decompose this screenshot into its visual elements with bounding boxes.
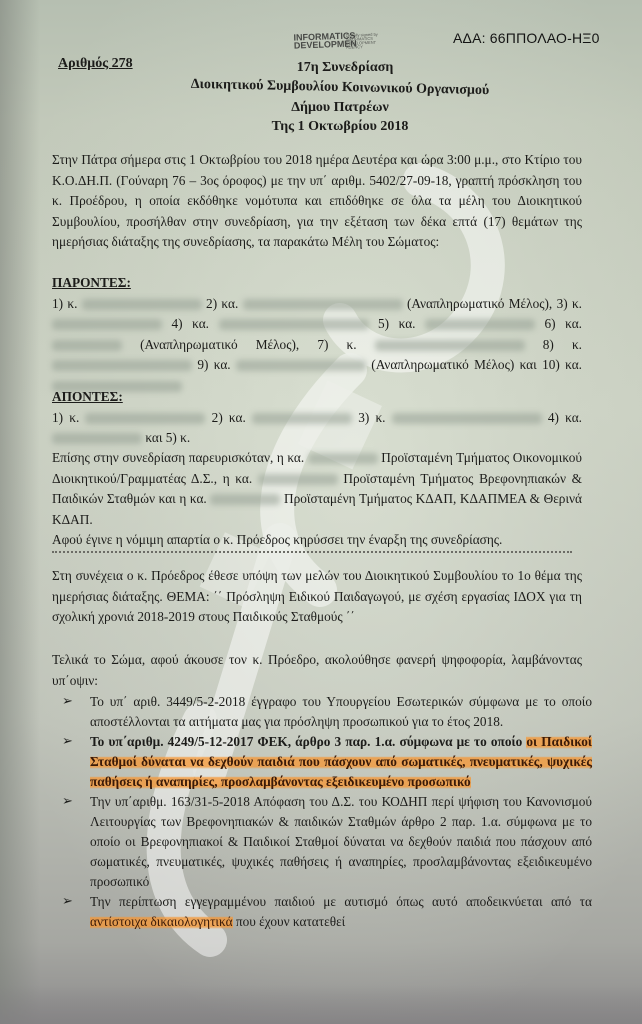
present-member-2: 2) κα. xyxy=(206,296,238,311)
substitute-note: (Αναπληρωματικό Μέλος), xyxy=(140,337,299,352)
redacted-name xyxy=(219,319,369,330)
dotted-divider xyxy=(52,551,572,553)
arrow-bullet-icon: ➢ xyxy=(62,692,73,712)
meeting-date: Της 1 Οκτωβρίου 2018 xyxy=(150,119,530,135)
present-member-1: 1) κ. xyxy=(52,296,77,311)
present-member-5: 5) κα. xyxy=(378,316,415,331)
consideration-text: Την περίπτωση εγγεγραμμένου παιδιού με α… xyxy=(90,894,592,909)
present-member-6: 6) κα. xyxy=(545,316,582,331)
redacted-name xyxy=(425,319,535,330)
absent-heading: ΑΠΟΝΤΕΣ: xyxy=(52,387,582,408)
absent-member-5: και 5) κ. xyxy=(145,430,190,445)
redacted-name xyxy=(375,340,525,351)
arrow-bullet-icon: ➢ xyxy=(62,732,73,752)
consideration-text: Το υπ΄ αριθ. 3449/5-2-2018 έγγραφο του Υ… xyxy=(90,694,592,729)
redacted-name xyxy=(236,360,366,371)
consideration-item: ➢ Την περίπτωση εγγεγραμμένου παιδιού με… xyxy=(62,892,592,932)
decision-number: Αριθμός 278 xyxy=(58,56,133,72)
board-title: Διοικητικού Συμβουλίου Κοινωνικού Οργανι… xyxy=(150,76,530,100)
redacted-name xyxy=(308,453,378,464)
municipality-title: Δήμου Πατρέων xyxy=(150,100,530,116)
stamp-fine-print: Digitally signed by INFORMATICS DEVELOPM… xyxy=(345,32,391,50)
absent-member-2: 2) κα. xyxy=(212,410,246,425)
redacted-name xyxy=(252,413,352,424)
redacted-name xyxy=(52,360,192,371)
subject-lead: Στη συνέχεια ο κ. Πρόεδρος έθεσε υπόψη τ… xyxy=(52,568,514,583)
substitute-note: (Αναπληρωματικό Μέλος), xyxy=(407,296,552,311)
absent-member-1: 1) κ. xyxy=(52,410,79,425)
page-shadow xyxy=(0,0,40,1024)
also-present-paragraph: Επίσης στην συνεδρίαση παρευρισκόταν, η … xyxy=(52,448,582,530)
absent-member-4: 4) κα. xyxy=(548,410,582,425)
also-present-text: Επίσης στην συνεδρίαση παρευρισκόταν, η … xyxy=(52,450,304,465)
highlighted-text: αντίστοιχα δικαιολογητικά xyxy=(90,914,233,929)
session-title: 17η Συνεδρίαση xyxy=(285,60,405,76)
redacted-name xyxy=(392,413,542,424)
arrow-bullet-icon: ➢ xyxy=(62,892,73,912)
present-member-7: 7) κ. xyxy=(317,337,356,352)
ada-code: ΑΔΑ: 66ΠΠΟΛΑΟ-ΗΞ0 xyxy=(453,30,600,46)
redacted-name xyxy=(258,474,338,485)
present-member-4: 4) κα. xyxy=(172,316,209,331)
redacted-name xyxy=(52,319,162,330)
document-page: ΑΔΑ: 66ΠΠΟΛΑΟ-ΗΞ0 INFORMATICS DEVELOPMEN… xyxy=(0,0,642,1024)
redacted-name xyxy=(52,340,122,351)
subject-paragraph: Στη συνέχεια ο κ. Πρόεδρος έθεσε υπόψη τ… xyxy=(52,566,582,628)
present-member-3: 3) κ. xyxy=(557,296,582,311)
present-member-9: 9) κα. xyxy=(197,357,230,372)
consideration-item: ➢ Το υπ΄αριθμ. 4249/5-12-2017 ΦΕΚ, άρθρο… xyxy=(62,732,592,792)
intro-paragraph: Στην Πάτρα σήμερα στις 1 Οκτωβρίου του 2… xyxy=(52,150,582,253)
consideration-item: ➢ Το υπ΄ αριθ. 3449/5-2-2018 έγγραφο του… xyxy=(62,692,592,732)
absent-member-3: 3) κ. xyxy=(358,410,385,425)
consideration-item: ➢ Την υπ΄αριθμ. 163/31-5-2018 Απόφαση το… xyxy=(62,792,592,892)
substitute-note: (Αναπληρωματικό Μέλος) και xyxy=(371,357,536,372)
present-member-10: 10) κα. xyxy=(542,357,582,372)
subject-item-number: 1ο xyxy=(517,568,530,583)
considerations-list: ➢ Το υπ΄ αριθ. 3449/5-2-2018 έγγραφο του… xyxy=(62,692,592,932)
consideration-text: Την υπ΄αριθμ. 163/31-5-2018 Απόφαση του … xyxy=(90,794,592,889)
redacted-name xyxy=(210,494,280,505)
consideration-text: Το υπ΄αριθμ. 4249/5-12-2017 ΦΕΚ, άρθρο 3… xyxy=(90,734,526,749)
redacted-name xyxy=(85,413,205,424)
redacted-name xyxy=(243,299,403,310)
present-heading: ΠΑΡΟΝΤΕΣ: xyxy=(52,273,582,294)
present-member-8: 8) κ. xyxy=(543,337,582,352)
quorum-statement: Αφού έγινε η νόμιμη απαρτία ο κ. Πρόεδρο… xyxy=(52,530,582,551)
redacted-name xyxy=(52,433,142,444)
arrow-bullet-icon: ➢ xyxy=(62,792,73,812)
page-bottom-shadow xyxy=(0,985,642,1024)
absent-section: ΑΠΟΝΤΕΣ: 1) κ. 2) κα. 3) κ. 4) κα. και 5… xyxy=(52,387,582,449)
decision-intro: Τελικά το Σώμα, αφού άκουσε τον κ. Πρόεδ… xyxy=(52,650,582,691)
consideration-text: που έχουν κατατεθεί xyxy=(233,914,346,929)
present-section: ΠΑΡΟΝΤΕΣ: 1) κ. 2) κα. (Αναπληρωματικό Μ… xyxy=(52,273,582,396)
redacted-name xyxy=(82,299,202,310)
